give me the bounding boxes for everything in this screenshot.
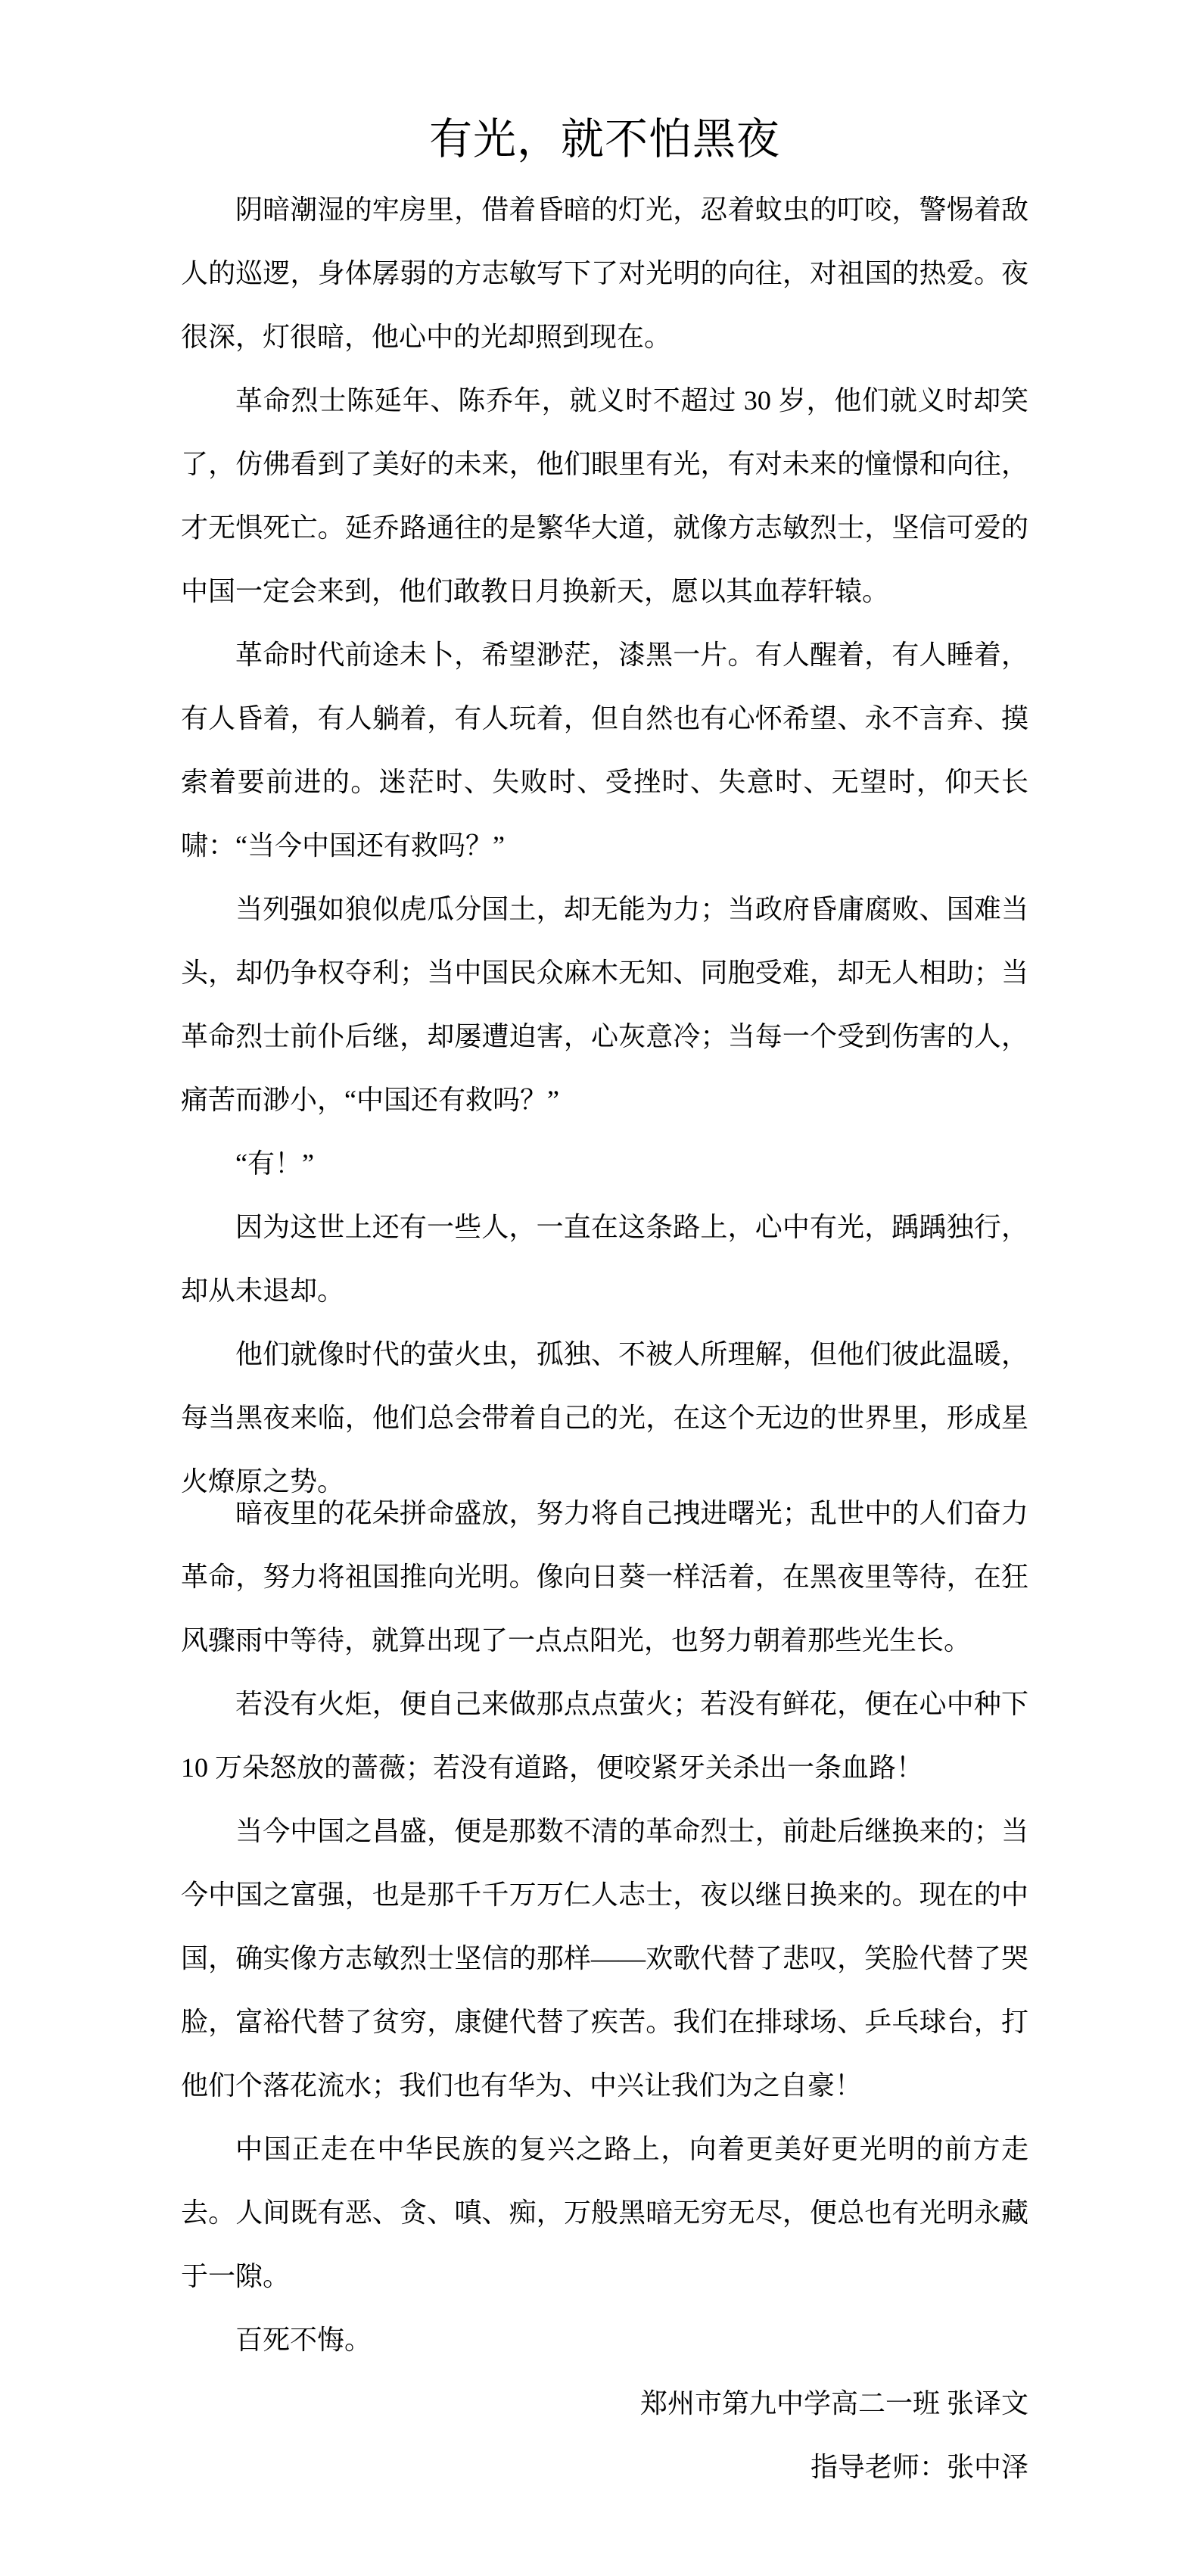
signature-teacher-line: 指导老师：张中泽 bbox=[181, 2435, 1028, 2499]
essay-paragraph: 当今中国之昌盛，便是那数不清的革命烈士，前赴后继换来的；当今中国之富强，也是那千… bbox=[181, 1799, 1028, 2117]
essay-paragraph: 阴暗潮湿的牢房里，借着昏暗的灯光，忍着蚊虫的叮咬，警惕着敌人的巡逻，身体孱弱的方… bbox=[181, 178, 1028, 369]
essay-paragraph: 因为这世上还有一些人，一直在这条路上，心中有光，踽踽独行，却从未退却。 bbox=[181, 1195, 1028, 1322]
essay-paragraph: 革命时代前途未卜，希望渺茫，漆黑一片。有人醒着，有人睡着，有人昏着，有人躺着，有… bbox=[181, 623, 1028, 877]
essay-body: 阴暗潮湿的牢房里，借着昏暗的灯光，忍着蚊虫的叮咬，警惕着敌人的巡逻，身体孱弱的方… bbox=[181, 178, 1028, 2499]
essay-paragraph: 革命烈士陈延年、陈乔年，就义时不超过 30 岁，他们就义时却笑了，仿佛看到了美好… bbox=[181, 369, 1028, 623]
essay-paragraph: 中国正走在中华民族的复兴之路上，向着更美好更光明的前方走去。人间既有恶、贪、嗔、… bbox=[181, 2117, 1028, 2308]
essay-paragraph: 若没有火炬，便自己来做那点点萤火；若没有鲜花，便在心中种下 10 万朵怒放的蔷薇… bbox=[181, 1672, 1028, 1799]
essay-paragraph: 百死不悔。 bbox=[181, 2308, 1028, 2372]
essay-paragraph: 暗夜里的花朵拼命盛放，努力将自己拽进曙光；乱世中的人们奋力革命，努力将祖国推向光… bbox=[181, 1481, 1028, 1672]
document-page: 有光，就不怕黑夜 阴暗潮湿的牢房里，借着昏暗的灯光，忍着蚊虫的叮咬，警惕着敌人的… bbox=[0, 0, 1201, 2576]
essay-title: 有光，就不怕黑夜 bbox=[181, 102, 1028, 178]
essay-paragraph: “有！” bbox=[181, 1132, 1028, 1195]
signature-author-line: 郑州市第九中学高二一班 张译文 bbox=[181, 2372, 1028, 2435]
essay-paragraph: 当列强如狼似虎瓜分国土，却无能为力；当政府昏庸腐败、国难当头，却仍争权夺利；当中… bbox=[181, 877, 1028, 1132]
